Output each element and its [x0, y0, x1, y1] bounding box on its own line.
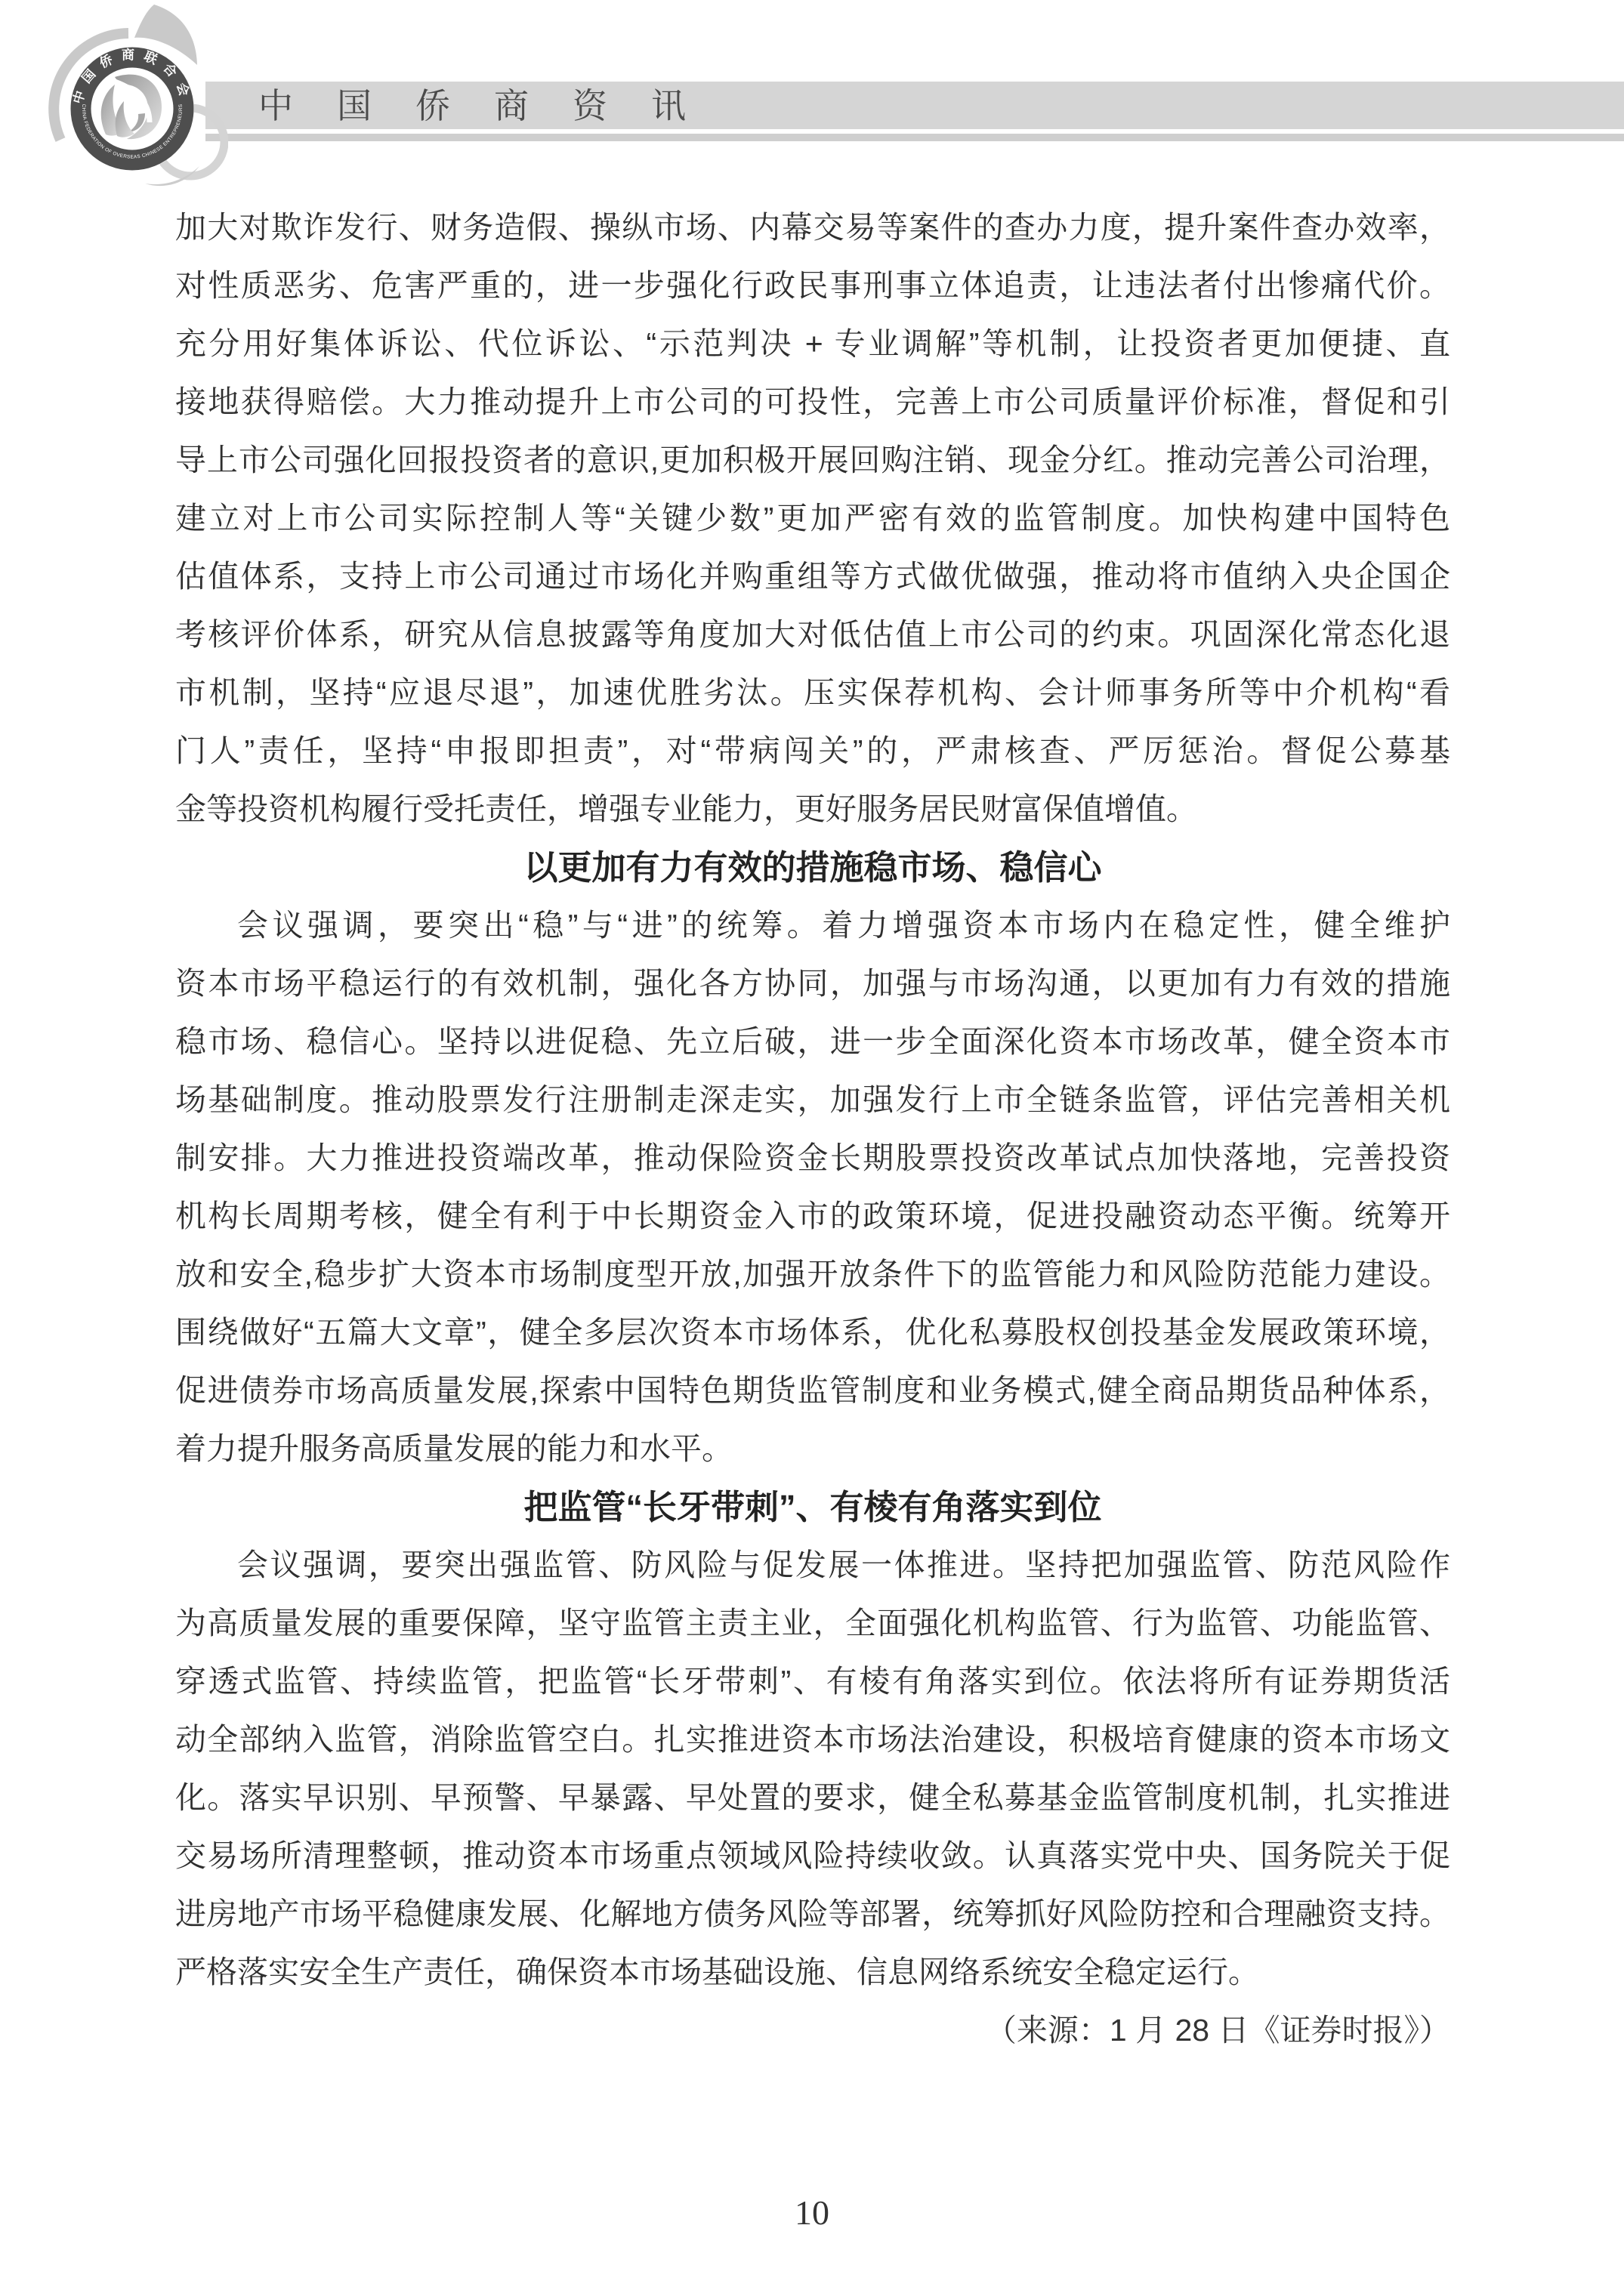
body-line: 交易场所清理整顿，推动资本市场重点领域风险持续收敛。认真落实党中央、国务院关于促: [175, 1827, 1450, 1885]
body-line: 严格落实安全生产责任，确保资本市场基础设施、信息网络系统安全稳定运行。: [175, 1943, 1450, 2001]
body-line: 接地获得赔偿。大力推动提升上市公司的可投性，完善上市公司质量评价标准，督促和引: [175, 373, 1450, 431]
organization-logo: 中国侨商联合会 CHINA FEDERATION OF OVERSEAS CHI…: [39, 0, 228, 227]
body-line: 围绕做好“五篇大文章”，健全多层次资本市场体系，优化私募股权创投基金发展政策环境…: [175, 1304, 1450, 1362]
section-heading: 以更加有力有效的措施稳市场、稳信心: [175, 838, 1450, 897]
source-line: （来源：1 月 28 日《证券时报》）: [175, 2001, 1450, 2060]
body-line: 机构长周期考核，健全有利于中长期资金入市的政策环境，促进投融资动态平衡。统筹开: [175, 1187, 1450, 1245]
body-line: 化。落实早识别、早预警、早暴露、早处置的要求，健全私募基金监管制度机制，扎实推进: [175, 1769, 1450, 1827]
body-line: 制安排。大力推进投资端改革，推动保险资金长期股票投资改革试点加快落地，完善投资: [175, 1129, 1450, 1187]
body-line: 会议强调，要突出强监管、防风险与促发展一体推进。坚持把加强监管、防范风险作: [175, 1536, 1450, 1594]
body-line: 考核评价体系，研究从信息披露等角度加大对低估值上市公司的约束。巩固深化常态化退: [175, 606, 1450, 664]
body-line: 促进债券市场高质量发展,探索中国特色期货监管制度和业务模式,健全商品期货品种体系…: [175, 1362, 1450, 1420]
header-banner-title: 中国侨商资讯: [258, 82, 730, 129]
body-line: 对性质恶劣、危害严重的，进一步强化行政民事刑事立体追责，让违法者付出惨痛代价。: [175, 257, 1450, 315]
body-line: 进房地产市场平稳健康发展、化解地方债务风险等部署，统筹抓好风险防控和合理融资支持…: [175, 1885, 1450, 1943]
body-line: 放和安全,稳步扩大资本市场制度型开放,加强开放条件下的监管能力和风险防范能力建设…: [175, 1245, 1450, 1304]
body-line: 导上市公司强化回报投资者的意识,更加积极开展回购注销、现金分红。推动完善公司治理…: [175, 431, 1450, 489]
body-line: 建立对上市公司实际控制人等“关键少数”更加严密有效的监管制度。加快构建中国特色: [175, 489, 1450, 548]
section-heading: 把监管“长牙带刺”、有棱有角落实到位: [175, 1478, 1450, 1536]
logo-emblem-icon: 中国侨商联合会 CHINA FEDERATION OF OVERSEAS CHI…: [39, 0, 228, 227]
document-page: { "header": { "banner_title": "中国侨商资讯", …: [0, 0, 1624, 2293]
body-line: 金等投资机构履行受托责任，增强专业能力，更好服务居民财富保值增值。: [175, 780, 1450, 838]
body-line: 市机制，坚持“应退尽退”，加速优胜劣汰。压实保荐机构、会计师事务所等中介机构“看: [175, 664, 1450, 722]
body-text: 加大对欺诈发行、财务造假、操纵市场、内幕交易等案件的查办力度，提升案件查办效率，…: [175, 199, 1450, 2060]
body-line: 会议强调，要突出“稳”与“进”的统筹。着力增强资本市场内在稳定性，健全维护: [175, 897, 1450, 955]
body-line: 为高质量发展的重要保障，坚守监管主责主业，全面强化机构监管、行为监管、功能监管、: [175, 1594, 1450, 1653]
body-line: 估值体系，支持上市公司通过市场化并购重组等方式做优做强，推动将市值纳入央企国企: [175, 548, 1450, 606]
body-line: 加大对欺诈发行、财务造假、操纵市场、内幕交易等案件的查办力度，提升案件查办效率，: [175, 199, 1450, 257]
body-line: 稳市场、稳信心。坚持以进促稳、先立后破，进一步全面深化资本市场改革，健全资本市: [175, 1013, 1450, 1071]
body-line: 充分用好集体诉讼、代位诉讼、“示范判决 + 专业调解”等机制，让投资者更加便捷、…: [175, 315, 1450, 373]
body-line: 门人”责任，坚持“申报即担责”，对“带病闯关”的，严肃核查、严厉惩治。督促公募基: [175, 722, 1450, 780]
body-line: 动全部纳入监管，消除监管空白。扎实推进资本市场法治建设，积极培育健康的资本市场文: [175, 1711, 1450, 1769]
body-line: 资本市场平稳运行的有效机制，强化各方协同，加强与市场沟通，以更加有力有效的措施: [175, 955, 1450, 1013]
body-line: 穿透式监管、持续监管，把监管“长牙带刺”、有棱有角落实到位。依法将所有证券期货活: [175, 1653, 1450, 1711]
body-line: 着力提升服务高质量发展的能力和水平。: [175, 1420, 1450, 1478]
header-banner-bar-thin: [205, 134, 1624, 141]
page-number: 10: [0, 2193, 1624, 2238]
body-line: 场基础制度。推动股票发行注册制走深走实，加强发行上市全链条监管，评估完善相关机: [175, 1071, 1450, 1129]
